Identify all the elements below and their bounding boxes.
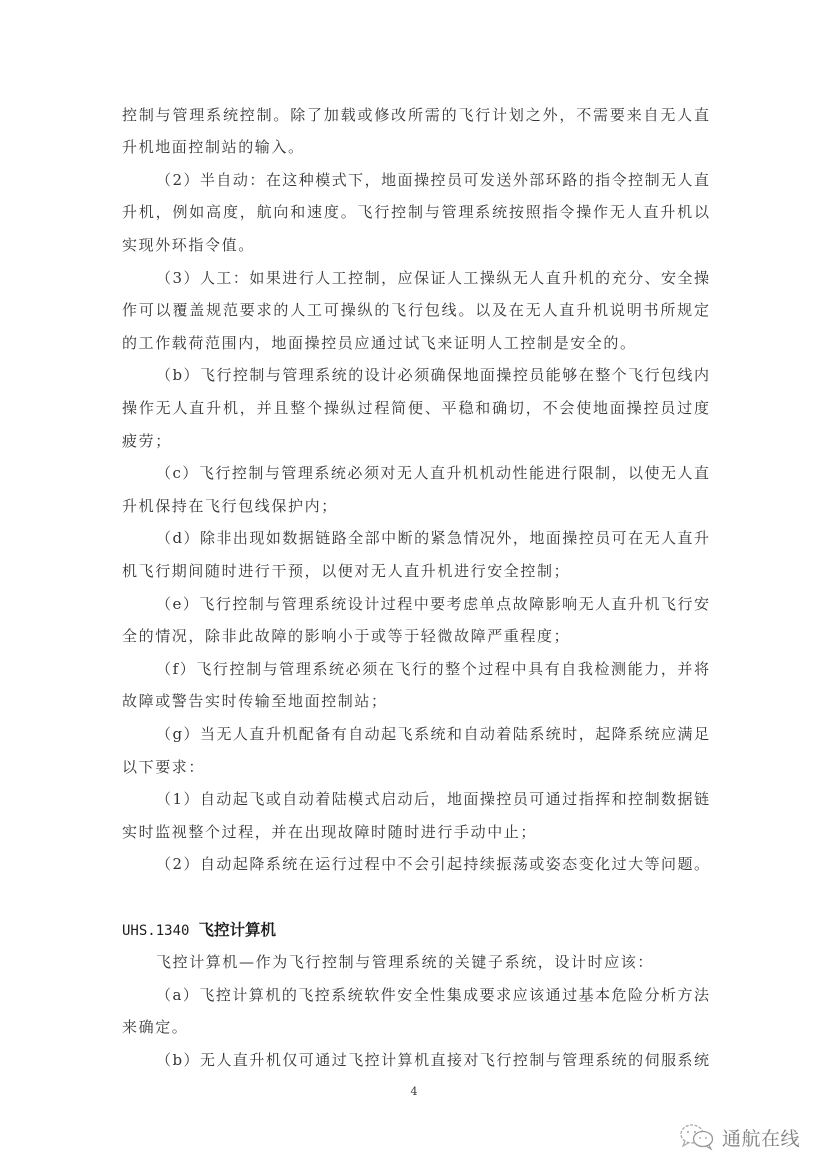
watermark-text: 通航在线 <box>722 1124 800 1151</box>
paragraph: （2）自动起降系统在运行过程中不会引起持续振荡或姿态变化过大等问题。 <box>122 848 709 881</box>
text-line: （b）无人直升机仅可通过飞控计算机直接对飞行控制与管理系统的伺服系统 <box>122 1044 709 1077</box>
paragraph: （e）飞行控制与管理系统设计过程中要考虑单点故障影响无人直升机飞行安 全的情况，… <box>122 588 709 653</box>
paragraph: （b）飞行控制与管理系统的设计必须确保地面操控员能够在整个飞行包线内 操作无人直… <box>122 359 709 457</box>
text-line: （c）飞行控制与管理系统必须对无人直升机机动性能进行限制，以使无人直 <box>122 457 709 490</box>
text-line: （e）飞行控制与管理系统设计过程中要考虑单点故障影响无人直升机飞行安 <box>122 588 709 621</box>
paragraph: （b）无人直升机仅可通过飞控计算机直接对飞行控制与管理系统的伺服系统 <box>122 1044 709 1077</box>
text-line: 故障或警告实时传输至地面控制站； <box>122 685 709 718</box>
text-line: （3）人工：如果进行人工控制，应保证人工操纵无人直升机的充分、安全操 <box>122 262 709 295</box>
section-code: UHS.1340 <box>122 923 189 939</box>
wechat-icon <box>678 1122 718 1152</box>
paragraph: （g）当无人直升机配备有自动起飞系统和自动着陆系统时，起降系统应满足 以下要求： <box>122 718 709 783</box>
text-line: （d）除非出现如数据链路全部中断的紧急情况外，地面操控员可在无人直升 <box>122 522 709 555</box>
paragraph: （f）飞行控制与管理系统必须在飞行的整个过程中具有自我检测能力，并将 故障或警告… <box>122 653 709 718</box>
text-line: （2）自动起降系统在运行过程中不会引起持续振荡或姿态变化过大等问题。 <box>122 848 709 881</box>
document-body: 控制与管理系统控制。除了加载或修改所需的飞行计划之外，不需要来自无人直 升机地面… <box>122 99 709 1077</box>
text-line: 飞控计算机—作为飞行控制与管理系统的关键子系统，设计时应该： <box>122 946 709 979</box>
text-line: 操作无人直升机，并且整个操纵过程简便、平稳和确切，不会使地面操控员过度 <box>122 392 709 425</box>
section-spacer <box>122 881 709 914</box>
text-line: 以下要求： <box>122 751 709 784</box>
section-title: 飞控计算机 <box>198 921 276 939</box>
text-line: （2）半自动：在这种模式下，地面操控员可发送外部环路的指令控制无人直 <box>122 164 709 197</box>
text-line: 疲劳； <box>122 425 709 458</box>
paragraph: 控制与管理系统控制。除了加载或修改所需的飞行计划之外，不需要来自无人直 升机地面… <box>122 99 709 164</box>
text-line: 实现外环指令值。 <box>122 229 709 262</box>
text-line: 升机地面控制站的输入。 <box>122 131 709 164</box>
text-line: （a）飞控计算机的飞控系统软件安全性集成要求应该通过基本危险分析方法 <box>122 979 709 1012</box>
text-line: 全的情况，除非此故障的影响小于或等于轻微故障严重程度； <box>122 620 709 653</box>
paragraph: （2）半自动：在这种模式下，地面操控员可发送外部环路的指令控制无人直 升机，例如… <box>122 164 709 262</box>
text-line: 作可以覆盖规范要求的人工可操纵的飞行包线。以及在无人直升机说明书所规定 <box>122 294 709 327</box>
paragraph: （d）除非出现如数据链路全部中断的紧急情况外，地面操控员可在无人直升 机飞行期间… <box>122 522 709 587</box>
text-line: （g）当无人直升机配备有自动起飞系统和自动着陆系统时，起降系统应满足 <box>122 718 709 751</box>
text-line: （b）飞行控制与管理系统的设计必须确保地面操控员能够在整个飞行包线内 <box>122 359 709 392</box>
paragraph: （3）人工：如果进行人工控制，应保证人工操纵无人直升机的充分、安全操 作可以覆盖… <box>122 262 709 360</box>
page-number: 4 <box>409 1085 419 1098</box>
text-line: 来确定。 <box>122 1011 709 1044</box>
paragraph: （a）飞控计算机的飞控系统软件安全性集成要求应该通过基本危险分析方法 来确定。 <box>122 979 709 1044</box>
text-line: 实时监视整个过程，并在出现故障时随时进行手动中止； <box>122 816 709 849</box>
section-heading: UHS.1340飞控计算机 <box>122 914 709 947</box>
text-line: 机飞行期间随时进行干预，以便对无人直升机进行安全控制； <box>122 555 709 588</box>
text-line: （f）飞行控制与管理系统必须在飞行的整个过程中具有自我检测能力，并将 <box>122 653 709 686</box>
text-line: 控制与管理系统控制。除了加载或修改所需的飞行计划之外，不需要来自无人直 <box>122 99 709 132</box>
watermark: 通航在线 <box>678 1121 800 1153</box>
text-line: 的工作载荷范围内，地面操控员应通过试飞来证明人工控制是安全的。 <box>122 327 709 360</box>
text-line: （1）自动起飞或自动着陆模式启动后，地面操控员可通过指挥和控制数据链 <box>122 783 709 816</box>
paragraph: （c）飞行控制与管理系统必须对无人直升机机动性能进行限制，以使无人直 升机保持在… <box>122 457 709 522</box>
text-line: 升机保持在飞行包线保护内； <box>122 490 709 523</box>
text-line: 升机，例如高度，航向和速度。飞行控制与管理系统按照指令操作无人直升机以 <box>122 196 709 229</box>
document-page: 控制与管理系统控制。除了加载或修改所需的飞行计划之外，不需要来自无人直 升机地面… <box>0 0 826 1169</box>
paragraph: （1）自动起飞或自动着陆模式启动后，地面操控员可通过指挥和控制数据链 实时监视整… <box>122 783 709 848</box>
paragraph: 飞控计算机—作为飞行控制与管理系统的关键子系统，设计时应该： <box>122 946 709 979</box>
